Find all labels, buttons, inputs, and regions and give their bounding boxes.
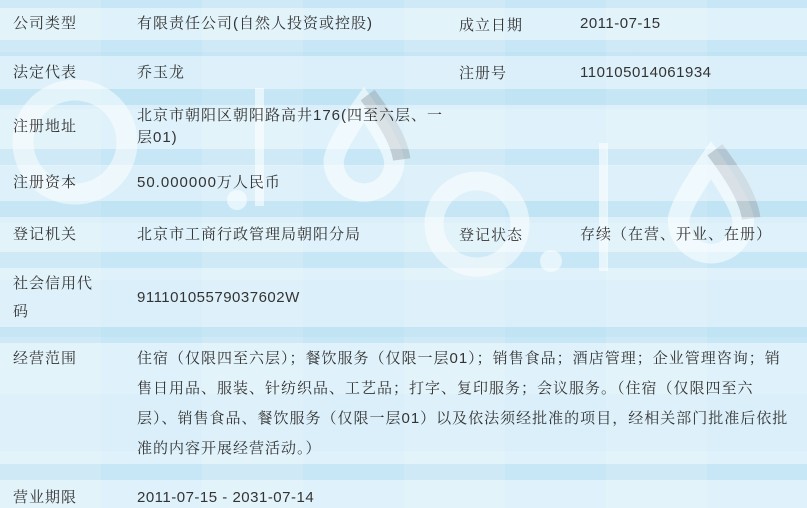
empty-cell xyxy=(457,165,580,201)
empty-cell xyxy=(457,480,580,508)
field-label: 公司类型 xyxy=(0,8,137,40)
field-value: 存续（在营、开业、在册） xyxy=(580,217,807,252)
field-label: 社会信用代码 xyxy=(0,268,137,327)
empty-cell xyxy=(580,480,807,508)
field-label: 成立日期 xyxy=(457,8,580,40)
field-label: 营业期限 xyxy=(0,480,137,508)
field-value: 北京市工商行政管理局朝阳分局 xyxy=(137,217,457,252)
field-value: 2011-07-15 - 2031-07-14 xyxy=(137,480,457,508)
field-label: 法定代表 xyxy=(0,56,137,89)
field-label-text: 社会信用代码 xyxy=(13,270,99,326)
field-value: 50.000000万人民币 xyxy=(137,165,457,201)
empty-cell xyxy=(580,105,807,149)
field-label: 登记状态 xyxy=(457,217,580,252)
field-label: 注册资本 xyxy=(0,165,137,201)
company-info-table: 公司类型 有限责任公司(自然人投资或控股) 成立日期 2011-07-15 法定… xyxy=(0,0,807,508)
row-business-term: 营业期限 2011-07-15 - 2031-07-14 xyxy=(0,480,807,508)
row-social-credit-code: 社会信用代码 91110105579037602W xyxy=(0,268,807,327)
field-value: 110105014061934 xyxy=(580,56,807,89)
company-registration-info-panel: 公司类型 有限责任公司(自然人投资或控股) 成立日期 2011-07-15 法定… xyxy=(0,0,807,508)
field-label: 登记机关 xyxy=(0,217,137,252)
field-label-text: 经营范围 xyxy=(13,343,99,374)
empty-cell xyxy=(457,268,580,327)
row-registration-authority: 登记机关 北京市工商行政管理局朝阳分局 登记状态 存续（在营、开业、在册） xyxy=(0,217,807,252)
field-value: 2011-07-15 xyxy=(580,8,807,40)
field-value: 乔玉龙 xyxy=(137,56,457,89)
field-label-text: 注册地址 xyxy=(13,113,99,141)
row-registered-address: 注册地址 北京市朝阳区朝阳路高井176(四至六层、一层01) xyxy=(0,105,807,149)
field-label: 注册地址 xyxy=(0,105,137,149)
field-value: 91110105579037602W xyxy=(137,268,457,327)
field-value: 北京市朝阳区朝阳路高井176(四至六层、一层01) xyxy=(137,105,457,149)
row-company-type: 公司类型 有限责任公司(自然人投资或控股) 成立日期 2011-07-15 xyxy=(0,8,807,40)
empty-cell xyxy=(457,105,580,149)
row-business-scope: 经营范围 住宿（仅限四至六层）；餐饮服务（仅限一层01）；销售食品；酒店管理；企… xyxy=(0,343,807,464)
field-value: 住宿（仅限四至六层）；餐饮服务（仅限一层01）；销售食品；酒店管理；企业管理咨询… xyxy=(137,343,807,464)
empty-cell xyxy=(580,268,807,327)
field-label: 注册号 xyxy=(457,56,580,89)
field-label-text: 登记机关 xyxy=(13,221,99,249)
row-legal-representative: 法定代表 乔玉龙 注册号 110105014061934 xyxy=(0,56,807,89)
field-label: 经营范围 xyxy=(0,343,137,464)
empty-cell xyxy=(580,165,807,201)
field-value: 有限责任公司(自然人投资或控股) xyxy=(137,8,457,40)
row-registered-capital: 注册资本 50.000000万人民币 xyxy=(0,165,807,201)
field-label-text: 公司类型 xyxy=(13,10,99,38)
field-label-text: 营业期限 xyxy=(13,484,99,508)
field-label-text: 注册资本 xyxy=(13,169,99,197)
field-label-text: 法定代表 xyxy=(13,59,99,87)
